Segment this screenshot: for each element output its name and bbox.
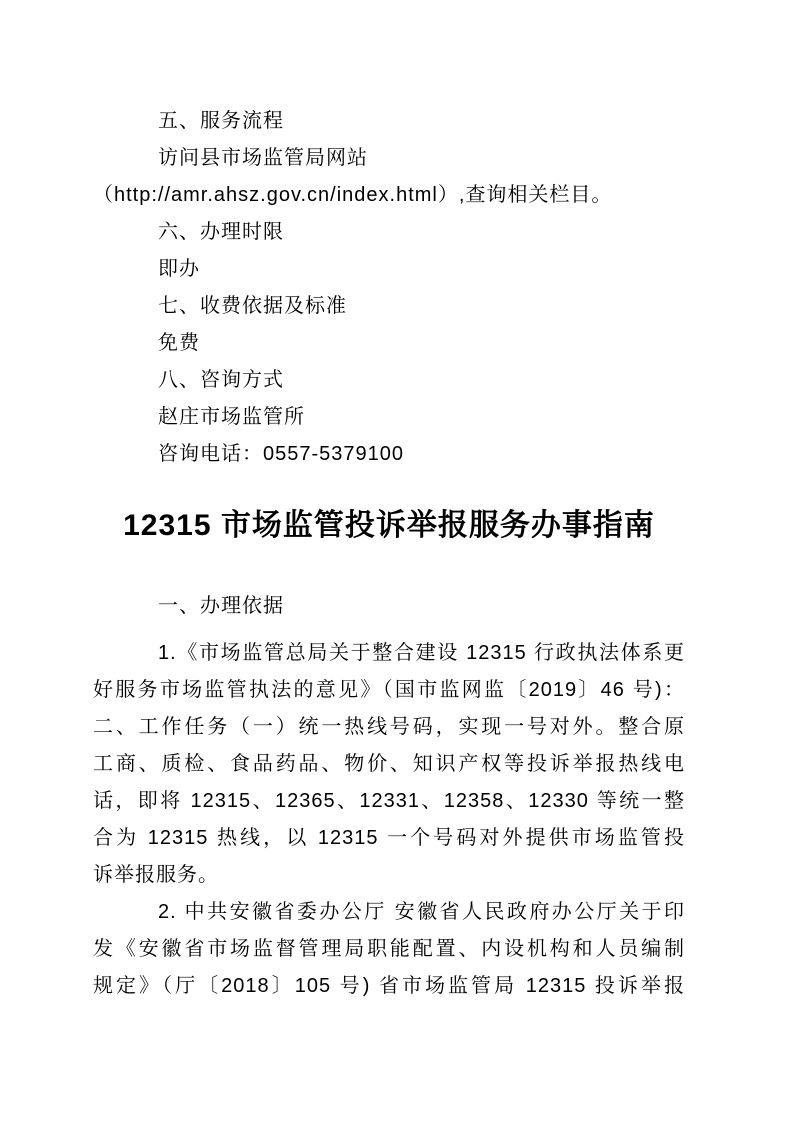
doc-line: 免费 — [93, 325, 685, 362]
section-heading-basis: 一、办理依据 — [93, 588, 685, 625]
doc-line: 工商、质检、食品药品、物价、知识产权等投诉举报热线电 — [93, 746, 685, 783]
doc-line: 八、咨询方式 — [93, 362, 685, 399]
doc-line: （http://amr.ahsz.gov.cn/index.html）,查询相关… — [93, 177, 685, 214]
document-body: 五、服务流程访问县市场监管局网站（http://amr.ahsz.gov.cn/… — [0, 0, 793, 1005]
doc-line: 诉举报服务。 — [93, 857, 685, 894]
doc-line: 2. 中共安徽省委办公厅 安徽省人民政府办公厅关于印 — [93, 894, 685, 931]
doc-line: 赵庄市场监管所 — [93, 399, 685, 436]
doc-line: 五、服务流程 — [93, 103, 685, 140]
doc-line: 七、收费依据及标准 — [93, 288, 685, 325]
doc-line: 咨询电话：0557-5379100 — [93, 436, 685, 473]
section-service-process: 五、服务流程访问县市场监管局网站（http://amr.ahsz.gov.cn/… — [93, 103, 685, 473]
doc-line: 发《安徽省市场监督管理局职能配置、内设机构和人员编制 — [93, 931, 685, 968]
doc-line: 话，即将 12315、12365、12331、12358、12330 等统一整 — [93, 783, 685, 820]
doc-line: 规定》（厅〔2018〕105 号) 省市场监管局 12315 投诉举报 — [93, 968, 685, 1005]
paragraph-basis-1: 1.《市场监管总局关于整合建设 12315 行政执法体系更好服务市场监管执法的意… — [93, 635, 685, 894]
doc-line: 好服务市场监管执法的意见》（国市监网监〔2019〕46 号)： — [93, 672, 685, 709]
doc-line: 即办 — [93, 251, 685, 288]
document-page: 五、服务流程访问县市场监管局网站（http://amr.ahsz.gov.cn/… — [0, 0, 793, 1122]
doc-line: 1.《市场监管总局关于整合建设 12315 行政执法体系更 — [93, 635, 685, 672]
paragraph-basis-2: 2. 中共安徽省委办公厅 安徽省人民政府办公厅关于印发《安徽省市场监督管理局职能… — [93, 894, 685, 1005]
doc-line: 合为 12315 热线，以 12315 一个号码对外提供市场监管投 — [93, 820, 685, 857]
doc-line: 访问县市场监管局网站 — [93, 140, 685, 177]
doc-line: 六、办理时限 — [93, 214, 685, 251]
doc-line: 二、工作任务（一）统一热线号码，实现一号对外。整合原 — [93, 709, 685, 746]
doc-title: 12315 市场监管投诉举报服务办事指南 — [93, 504, 685, 548]
